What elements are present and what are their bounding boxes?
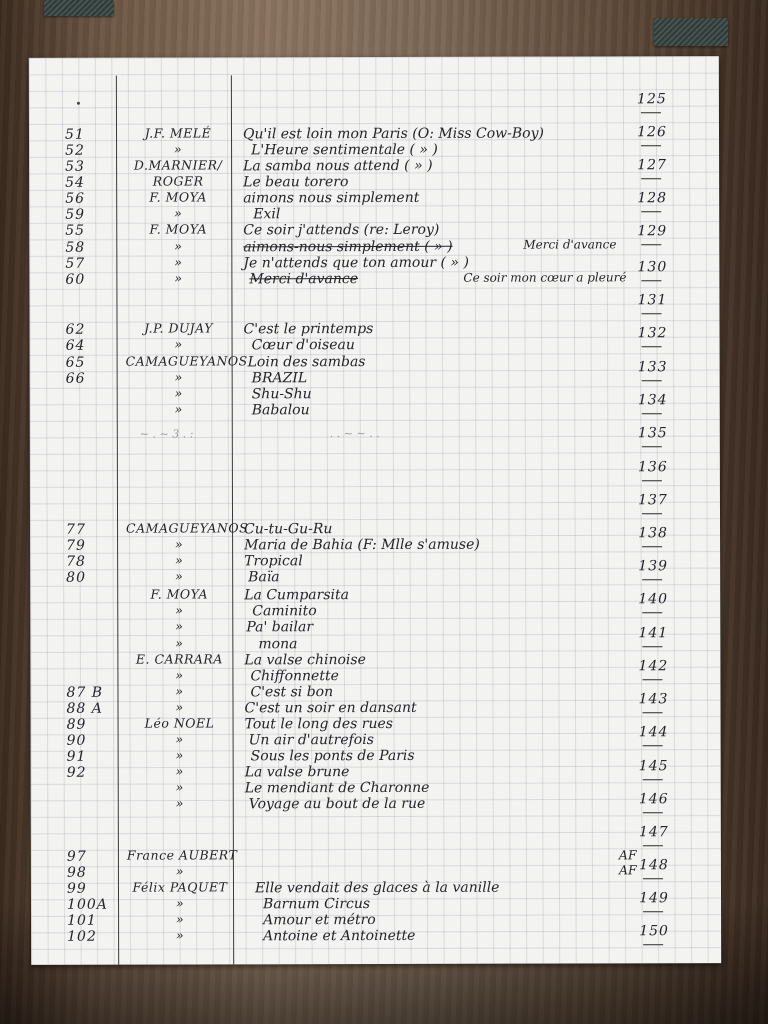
entry-artist: CAMAGUEYANOS bbox=[126, 355, 232, 368]
entry-artist: » bbox=[126, 387, 232, 400]
page-separator-dash bbox=[641, 145, 661, 146]
entry-artist: ROGER bbox=[125, 175, 231, 188]
margin-mark-af: AF bbox=[619, 849, 637, 862]
entry-title: La valse chinoise bbox=[244, 653, 366, 667]
page-number: 149 bbox=[627, 891, 681, 905]
page-separator-dash bbox=[643, 845, 663, 846]
entry-title: aimons-nous simplement ( » ) bbox=[243, 240, 452, 255]
entry-number: 91 bbox=[67, 750, 113, 764]
entry-title: La Cumparsita bbox=[244, 588, 349, 602]
entry-artist: » bbox=[126, 371, 232, 384]
entry-title: Cu-tu-Gu-Ru bbox=[244, 522, 332, 536]
page-separator-dash bbox=[641, 211, 661, 212]
entry-title: Shu-Shu bbox=[252, 387, 312, 401]
entry-number: 53 bbox=[65, 160, 111, 174]
page-separator-dash bbox=[642, 480, 662, 481]
entry-artist: » bbox=[126, 637, 232, 650]
entry-artist: » bbox=[125, 143, 231, 156]
entry-artist: F. MOYA bbox=[125, 191, 231, 204]
page-separator-dash bbox=[642, 679, 662, 680]
entry-number: 65 bbox=[66, 356, 112, 370]
ink-dot bbox=[77, 102, 80, 105]
page-number: 130 bbox=[625, 260, 679, 274]
page-separator-dash bbox=[642, 579, 662, 580]
entry-artist: » bbox=[127, 929, 233, 942]
entry-title: Baïa bbox=[248, 570, 280, 584]
entry-artist: » bbox=[126, 538, 232, 551]
page-separator-dash bbox=[642, 513, 662, 514]
page-number: 135 bbox=[626, 426, 680, 440]
entry-title: Caminito bbox=[252, 604, 316, 618]
entry-number: 58 bbox=[65, 241, 111, 255]
entry-title: Merci d'avance bbox=[249, 272, 358, 286]
page-number: 137 bbox=[626, 493, 680, 507]
entry-title: Tropical bbox=[244, 554, 303, 568]
page-number: 127 bbox=[625, 158, 679, 172]
page-number: 125 bbox=[625, 92, 679, 106]
entry-title: mona bbox=[258, 637, 297, 651]
page-number: 141 bbox=[626, 626, 680, 640]
page-separator-dash bbox=[643, 878, 663, 879]
entry-title: Pa' bailar bbox=[246, 620, 313, 634]
entry-title: L'Heure sentimentale ( » ) bbox=[251, 143, 438, 157]
page-separator-dash bbox=[643, 779, 663, 780]
entry-number: 98 bbox=[67, 866, 113, 880]
entry-artist: E. CARRARA bbox=[126, 653, 232, 666]
entry-margin-note: Merci d'avance bbox=[523, 238, 616, 250]
entry-title: Loin des sambas bbox=[248, 355, 366, 369]
entry-artist: » bbox=[127, 865, 233, 878]
page-number: 132 bbox=[626, 326, 680, 340]
entry-title: Exil bbox=[253, 207, 280, 221]
entry-title: Babalou bbox=[252, 403, 310, 417]
entry-title: Je n'attends que ton amour ( » ) bbox=[243, 256, 469, 271]
page-separator-dash bbox=[643, 812, 663, 813]
page-number: 150 bbox=[627, 924, 681, 938]
entry-title: Le beau torero bbox=[243, 175, 348, 189]
erased-smudge: . . ~ ~ . . bbox=[330, 427, 380, 440]
entry-number: 80 bbox=[66, 571, 112, 585]
entry-title: Cœur d'oiseau bbox=[252, 338, 355, 352]
erased-smudge: ~ . ~ 3 . : bbox=[140, 427, 194, 440]
entry-number: 97 bbox=[67, 850, 113, 864]
tape-strip-left bbox=[44, 0, 114, 16]
entry-title: Maria de Bahia (F: Mlle s'amuse) bbox=[244, 538, 480, 553]
entry-artist: » bbox=[127, 797, 233, 810]
page-separator-dash bbox=[642, 612, 662, 613]
entry-title: La valse brune bbox=[245, 765, 350, 779]
page-number: 146 bbox=[627, 792, 681, 806]
page-number: 140 bbox=[626, 592, 680, 606]
page-number: 145 bbox=[627, 759, 681, 773]
page-separator-dash bbox=[641, 178, 661, 179]
page-number: 147 bbox=[627, 825, 681, 839]
entry-artist: F. MOYA bbox=[125, 223, 231, 236]
entry-artist: » bbox=[125, 256, 231, 269]
entry-artist: » bbox=[126, 403, 232, 416]
entry-artist: » bbox=[125, 240, 231, 253]
entry-artist: F. MOYA bbox=[126, 588, 232, 601]
entry-artist: » bbox=[125, 207, 231, 220]
entry-artist: » bbox=[127, 897, 233, 910]
entry-artist: » bbox=[125, 272, 231, 285]
entry-title: Antoine et Antoinette bbox=[263, 929, 415, 943]
entry-number: 64 bbox=[66, 339, 112, 353]
entry-title: Amour et métro bbox=[263, 913, 376, 927]
page-separator-dash bbox=[642, 546, 662, 547]
page-separator-dash bbox=[641, 313, 661, 314]
page-number: 144 bbox=[627, 725, 681, 739]
page-separator-dash bbox=[643, 745, 663, 746]
entry-artist: » bbox=[126, 570, 232, 583]
page-separator-dash bbox=[643, 712, 663, 713]
entry-number: 100A bbox=[67, 898, 113, 912]
entry-artist: » bbox=[126, 669, 232, 682]
entry-title: La samba nous attend ( » ) bbox=[243, 159, 433, 173]
entry-artist: » bbox=[126, 554, 232, 567]
entry-title: BRAZIL bbox=[252, 371, 308, 385]
entry-number: 90 bbox=[67, 734, 113, 748]
entry-title: C'est un soir en dansant bbox=[244, 701, 416, 715]
entry-title: aimons nous simplement bbox=[243, 191, 419, 205]
entry-number: 77 bbox=[66, 523, 112, 537]
entry-title: Barnum Circus bbox=[263, 897, 370, 911]
page-separator-dash bbox=[642, 413, 662, 414]
entry-title: Chiffonnette bbox=[250, 669, 338, 683]
entry-number: 99 bbox=[67, 882, 113, 896]
entry-artist: » bbox=[126, 685, 232, 698]
tape-strip-right bbox=[654, 18, 728, 46]
page-number: 134 bbox=[626, 393, 680, 407]
page-separator-dash bbox=[642, 380, 662, 381]
margin-mark-af: AF bbox=[619, 864, 637, 877]
entry-number: 56 bbox=[65, 192, 111, 206]
entry-title: Voyage au bout de la rue bbox=[249, 797, 426, 811]
page-number: 131 bbox=[625, 293, 679, 307]
page-number: 129 bbox=[625, 224, 679, 238]
entry-number: 60 bbox=[65, 273, 111, 287]
entry-artist: » bbox=[126, 620, 232, 633]
entry-artist: J.F. MELÉ bbox=[125, 127, 231, 140]
page-number: 136 bbox=[626, 460, 680, 474]
entry-number: 55 bbox=[65, 224, 111, 238]
entry-title: C'est si bon bbox=[250, 685, 333, 699]
page-number: 143 bbox=[626, 692, 680, 706]
page-number: 142 bbox=[626, 659, 680, 673]
entry-number: 88 A bbox=[66, 702, 112, 716]
entry-number: 66 bbox=[66, 372, 112, 386]
page-separator-dash bbox=[641, 280, 661, 281]
entry-artist: France AUBERT bbox=[127, 849, 233, 862]
entry-title: Ce soir j'attends (re: Leroy) bbox=[243, 223, 439, 238]
entry-title: Qu'il est loin mon Paris (O: Miss Cow-Bo… bbox=[243, 127, 544, 142]
entry-title: C'est le printemps bbox=[244, 322, 374, 336]
entry-title: Elle vendait des glaces à la vanille bbox=[255, 881, 500, 896]
entry-title: Le mendiant de Charonne bbox=[245, 781, 430, 795]
entry-number: 101 bbox=[67, 914, 113, 928]
entry-number: 78 bbox=[66, 555, 112, 569]
entry-artist: » bbox=[127, 765, 233, 778]
entry-number: 52 bbox=[65, 144, 111, 158]
entry-artist: » bbox=[127, 749, 233, 762]
entry-number: 62 bbox=[66, 323, 112, 337]
entry-number: 79 bbox=[66, 539, 112, 553]
entry-artist: D.MARNIER/ bbox=[125, 159, 231, 172]
entry-number: 92 bbox=[67, 766, 113, 780]
entry-artist: Léo NOEL bbox=[127, 717, 233, 730]
page-number: 133 bbox=[626, 360, 680, 374]
page-number: 139 bbox=[626, 559, 680, 573]
graph-paper-sheet: 51J.F. MELÉQu'il est loin mon Paris (O: … bbox=[29, 56, 721, 965]
page-separator-dash bbox=[642, 646, 662, 647]
entry-artist: J.P. DUJAY bbox=[126, 322, 232, 335]
entry-artist: » bbox=[126, 604, 232, 617]
entry-artist: » bbox=[126, 701, 232, 714]
page-separator-dash bbox=[641, 112, 661, 113]
entry-title: Un air d'autrefois bbox=[249, 733, 374, 747]
page-number: 138 bbox=[626, 526, 680, 540]
entry-artist: » bbox=[127, 781, 233, 794]
entry-artist: » bbox=[127, 913, 233, 926]
entry-artist: Félix PAQUET bbox=[127, 881, 233, 894]
page-separator-dash bbox=[642, 346, 662, 347]
entry-artist: » bbox=[126, 338, 232, 351]
entry-artist: » bbox=[127, 733, 233, 746]
entry-number: 57 bbox=[65, 257, 111, 271]
entry-margin-note: Ce soir mon cœur a pleuré bbox=[463, 271, 626, 283]
entry-title: Tout le long des rues bbox=[245, 717, 393, 731]
page-number: 128 bbox=[625, 191, 679, 205]
entry-number: 54 bbox=[65, 176, 111, 190]
entry-number: 51 bbox=[65, 128, 111, 142]
entry-number: 89 bbox=[67, 718, 113, 732]
entry-title: Sous les ponts de Paris bbox=[251, 749, 415, 763]
entry-artist: CAMAGUEYANOS bbox=[126, 522, 232, 535]
page-separator-dash bbox=[643, 911, 663, 912]
entry-number: 102 bbox=[67, 930, 113, 944]
page-separator-dash bbox=[642, 446, 662, 447]
page-separator-dash bbox=[643, 944, 663, 945]
column-rule-number-artist bbox=[116, 76, 120, 965]
entry-number: 87 B bbox=[66, 686, 112, 700]
entry-number: 59 bbox=[65, 208, 111, 222]
page-separator-dash bbox=[641, 244, 661, 245]
page-number: 126 bbox=[625, 125, 679, 139]
